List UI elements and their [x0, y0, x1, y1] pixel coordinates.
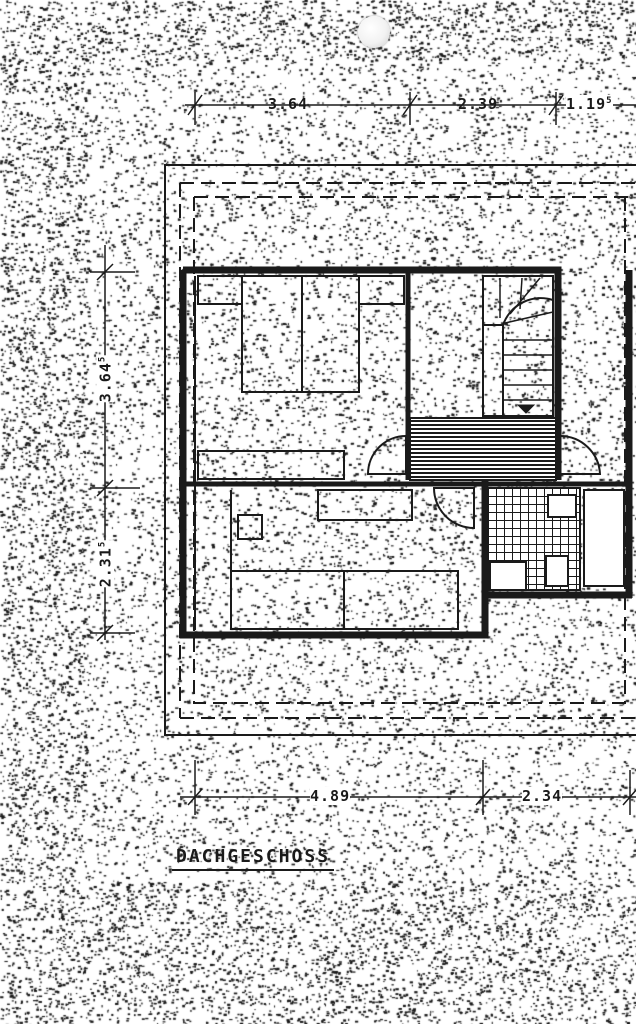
hatched-landing	[410, 418, 556, 480]
stair-treads	[500, 278, 553, 400]
dimension-top-3: 1.195	[566, 95, 613, 113]
bathtub	[584, 490, 624, 586]
arrow-down-icon	[518, 405, 534, 413]
dresser	[318, 490, 412, 520]
drawing-title: DACHGESCHOSS	[172, 846, 334, 871]
spiral-staircase	[483, 298, 553, 416]
nightstand-left	[198, 276, 242, 304]
washbasin	[548, 495, 576, 517]
door-swing-hall	[560, 436, 600, 474]
wardrobe	[198, 451, 344, 479]
dimension-bottom-1: 4.89	[310, 787, 350, 805]
toilet	[546, 556, 568, 586]
stair-well	[483, 276, 553, 416]
sofa-bed-right	[344, 571, 458, 629]
dimension-left-1: 3.645	[96, 356, 114, 403]
pushpin-icon	[358, 16, 390, 48]
door-swing-room-2	[434, 488, 474, 528]
nightstand-right	[359, 276, 404, 304]
door-swing-bedroom	[368, 436, 406, 474]
shower	[490, 562, 526, 590]
dimension-bottom-2: 2.34	[522, 787, 562, 805]
dimension-top-1: 3.64	[268, 95, 308, 113]
double-bed	[242, 276, 359, 392]
dimension-left-2: 2.315	[96, 541, 114, 588]
sofa-bed-left	[231, 571, 344, 629]
dimension-top-2: 2.39	[458, 95, 498, 113]
chair	[238, 515, 262, 539]
floor-plan-sheet: 3.64 2.39 1.195 3.645 2.315 4.89 2.34 DA…	[0, 0, 636, 1024]
